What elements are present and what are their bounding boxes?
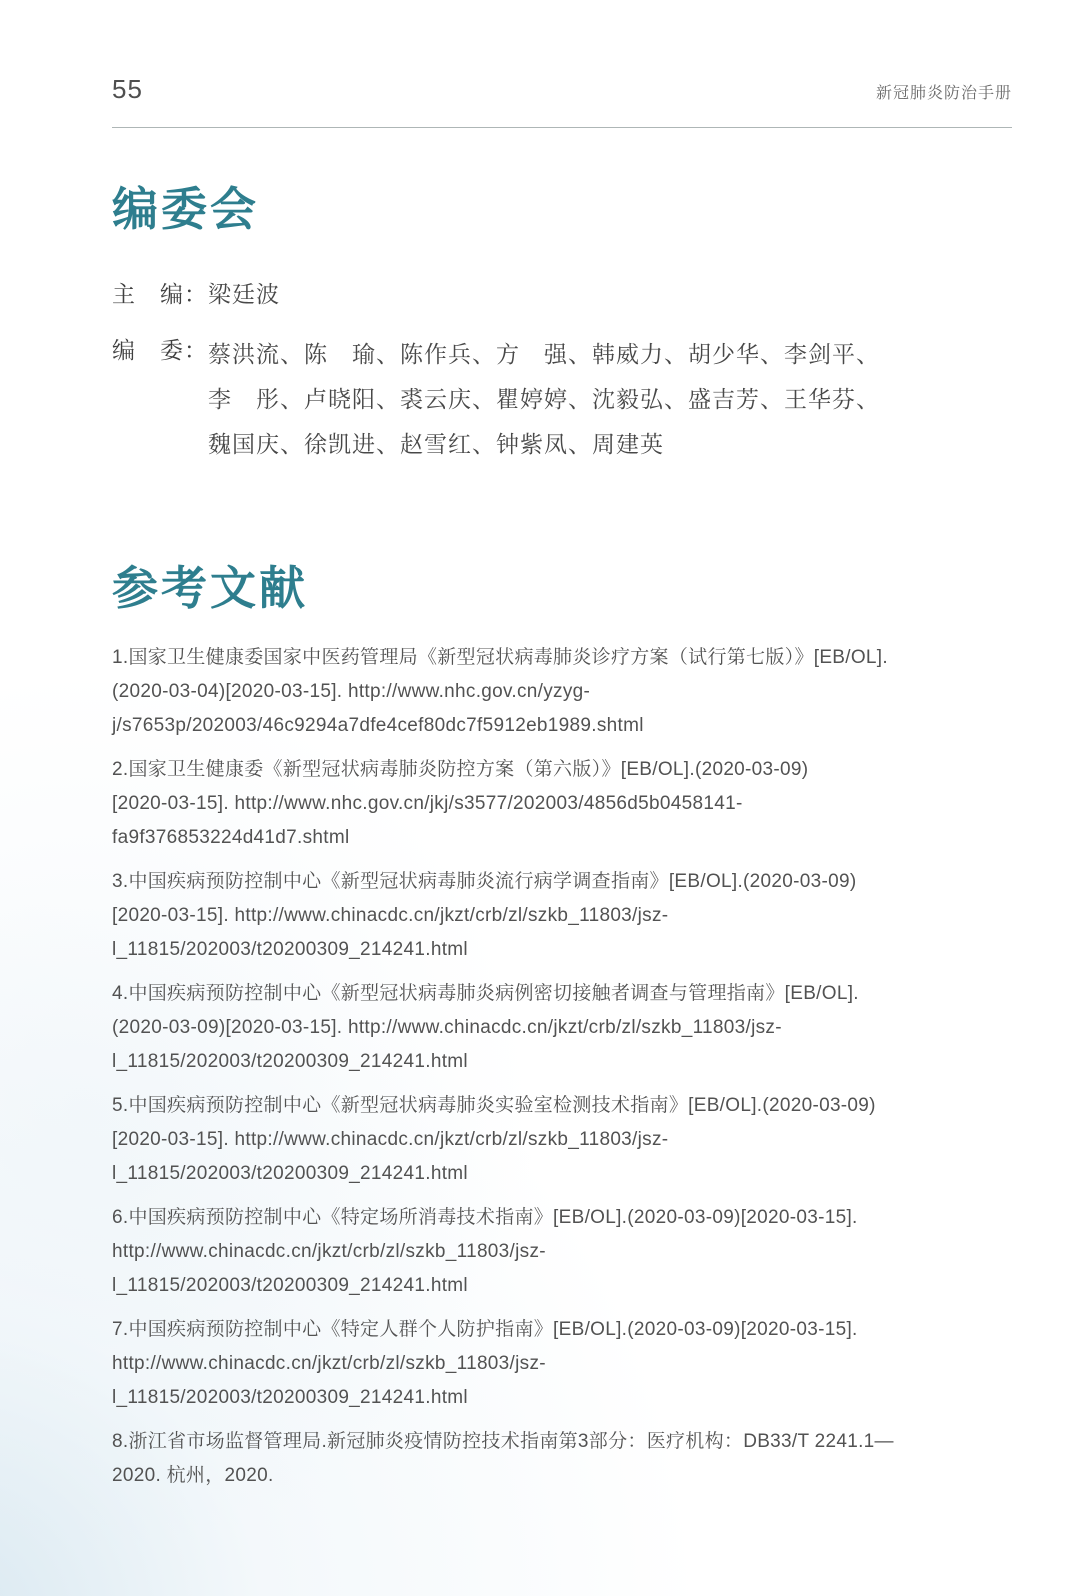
handbook-title: 新冠肺炎防治手册 [876, 80, 1012, 105]
reference-line: 6.中国疾病预防控制中心《特定场所消毒技术指南》[EB/OL].(2020-03… [112, 1201, 1012, 1235]
reference-line: l_11815/202003/t20200309_214241.html [112, 1269, 1012, 1303]
reference-line: (2020-03-04)[2020-03-15]. http://www.nhc… [112, 675, 1012, 709]
reference-line: l_11815/202003/t20200309_214241.html [112, 933, 1012, 967]
reference-line: [2020-03-15]. http://www.nhc.gov.cn/jkj/… [112, 787, 1012, 821]
reference-lines: 1.国家卫生健康委国家中医药管理局《新型冠状病毒肺炎诊疗方案（试行第七版）》[E… [112, 641, 1012, 743]
reference-line: l_11815/202003/t20200309_214241.html [112, 1381, 1012, 1415]
reference-line: fa9f376853224d41d7.shtml [112, 821, 1012, 855]
reference-line: 5.中国疾病预防控制中心《新型冠状病毒肺炎实验室检测技术指南》[EB/OL].(… [112, 1089, 1012, 1123]
committee-line: 李 彤、卢晓阳、裘云庆、瞿婷婷、沈毅弘、盛吉芳、王华芬、 [208, 377, 1012, 422]
reference-lines: 7.中国疾病预防控制中心《特定人群个人防护指南》[EB/OL].(2020-03… [112, 1313, 1012, 1415]
reference-line: 2020. 杭州，2020. [112, 1459, 1012, 1493]
reference-item: 6.中国疾病预防控制中心《特定场所消毒技术指南》[EB/OL].(2020-03… [112, 1201, 1012, 1303]
reference-item: 3.中国疾病预防控制中心《新型冠状病毒肺炎流行病学调查指南》[EB/OL].(2… [112, 865, 1012, 967]
reference-lines: 8.浙江省市场监督管理局.新冠肺炎疫情防控技术指南第3部分：医疗机构：DB33/… [112, 1425, 1012, 1493]
document-page: 55 新冠肺炎防治手册 编委会 主 编： 梁廷波 编 委： 蔡洪流、陈 瑜、陈作… [0, 0, 1080, 1596]
committee-line: 蔡洪流、陈 瑜、陈作兵、方 强、韩威力、胡少华、李剑平、 [208, 332, 1012, 377]
reference-item: 4.中国疾病预防控制中心《新型冠状病毒肺炎病例密切接触者调查与管理指南》[EB/… [112, 977, 1012, 1079]
reference-line: 4.中国疾病预防控制中心《新型冠状病毒肺炎病例密切接触者调查与管理指南》[EB/… [112, 977, 1012, 1011]
reference-item: 7.中国疾病预防控制中心《特定人群个人防护指南》[EB/OL].(2020-03… [112, 1313, 1012, 1415]
reference-item: 5.中国疾病预防控制中心《新型冠状病毒肺炎实验室检测技术指南》[EB/OL].(… [112, 1089, 1012, 1191]
reference-line: [2020-03-15]. http://www.chinacdc.cn/jkz… [112, 1123, 1012, 1157]
reference-line: j/s7653p/202003/46c9294a7dfe4cef80dc7f59… [112, 709, 1012, 743]
reference-lines: 4.中国疾病预防控制中心《新型冠状病毒肺炎病例密切接触者调查与管理指南》[EB/… [112, 977, 1012, 1079]
committee-names: 蔡洪流、陈 瑜、陈作兵、方 强、韩威力、胡少华、李剑平、 李 彤、卢晓阳、裘云庆… [208, 332, 1012, 467]
reference-line: 7.中国疾病预防控制中心《特定人群个人防护指南》[EB/OL].(2020-03… [112, 1313, 1012, 1347]
committee-line: 魏国庆、徐凯进、赵雪红、钟紫凤、周建英 [208, 422, 1012, 467]
reference-line: 1.国家卫生健康委国家中医药管理局《新型冠状病毒肺炎诊疗方案（试行第七版）》[E… [112, 641, 1012, 675]
chief-editor-name: 梁廷波 [208, 278, 1012, 310]
page-number: 55 [112, 74, 143, 105]
reference-line: 3.中国疾病预防控制中心《新型冠状病毒肺炎流行病学调查指南》[EB/OL].(2… [112, 865, 1012, 899]
reference-lines: 2.国家卫生健康委《新型冠状病毒肺炎防控方案（第六版）》[EB/OL].(202… [112, 753, 1012, 855]
reference-line: http://www.chinacdc.cn/jkzt/crb/zl/szkb_… [112, 1347, 1012, 1381]
reference-line: [2020-03-15]. http://www.chinacdc.cn/jkz… [112, 899, 1012, 933]
reference-item: 2.国家卫生健康委《新型冠状病毒肺炎防控方案（第六版）》[EB/OL].(202… [112, 753, 1012, 855]
header-rule [112, 127, 1012, 128]
chief-editor-row: 主 编： 梁廷波 [112, 278, 1012, 310]
reference-line: 2.国家卫生健康委《新型冠状病毒肺炎防控方案（第六版）》[EB/OL].(202… [112, 753, 1012, 787]
reference-line: http://www.chinacdc.cn/jkzt/crb/zl/szkb_… [112, 1235, 1012, 1269]
reference-lines: 6.中国疾病预防控制中心《特定场所消毒技术指南》[EB/OL].(2020-03… [112, 1201, 1012, 1303]
reference-lines: 5.中国疾病预防控制中心《新型冠状病毒肺炎实验室检测技术指南》[EB/OL].(… [112, 1089, 1012, 1191]
reference-lines: 3.中国疾病预防控制中心《新型冠状病毒肺炎流行病学调查指南》[EB/OL].(2… [112, 865, 1012, 967]
running-header: 55 新冠肺炎防治手册 [112, 0, 1012, 105]
reference-line: (2020-03-09)[2020-03-15]. http://www.chi… [112, 1011, 1012, 1045]
reference-item: 1.国家卫生健康委国家中医药管理局《新型冠状病毒肺炎诊疗方案（试行第七版）》[E… [112, 641, 1012, 743]
page-content: 55 新冠肺炎防治手册 编委会 主 编： 梁廷波 编 委： 蔡洪流、陈 瑜、陈作… [0, 0, 1080, 1493]
references-title: 参考文献 [112, 565, 1012, 611]
reference-item: 8.浙江省市场监督管理局.新冠肺炎疫情防控技术指南第3部分：医疗机构：DB33/… [112, 1425, 1012, 1493]
editorial-board-title: 编委会 [112, 186, 1012, 232]
reference-line: l_11815/202003/t20200309_214241.html [112, 1045, 1012, 1079]
reference-line: l_11815/202003/t20200309_214241.html [112, 1157, 1012, 1191]
committee-label: 编 委： [112, 332, 208, 365]
committee-row: 编 委： 蔡洪流、陈 瑜、陈作兵、方 强、韩威力、胡少华、李剑平、 李 彤、卢晓… [112, 332, 1012, 467]
references-list: 1.国家卫生健康委国家中医药管理局《新型冠状病毒肺炎诊疗方案（试行第七版）》[E… [112, 641, 1012, 1493]
reference-line: 8.浙江省市场监督管理局.新冠肺炎疫情防控技术指南第3部分：医疗机构：DB33/… [112, 1425, 1012, 1459]
chief-editor-label: 主 编： [112, 278, 208, 310]
